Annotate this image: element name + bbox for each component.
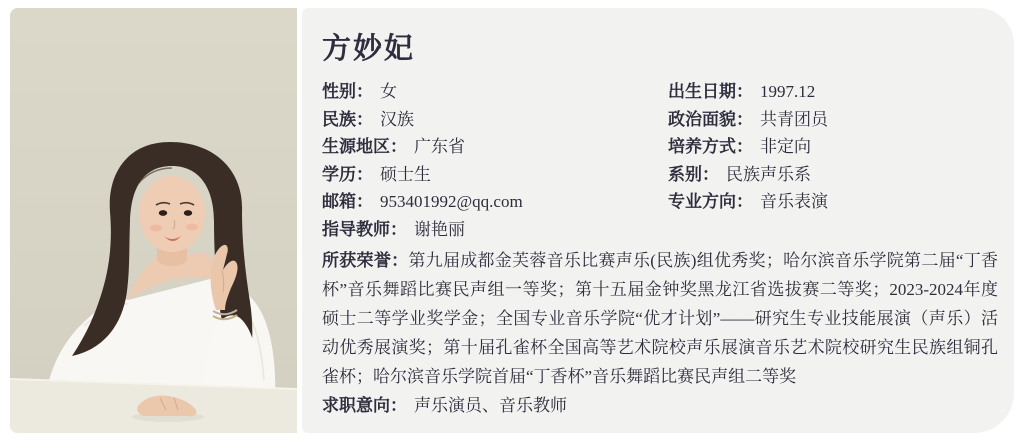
field-email: 邮箱：953401992@qq.com: [322, 188, 668, 216]
field-birthdate: 出生日期：1997.12: [668, 78, 998, 106]
field-department-label: 系别：: [668, 165, 719, 184]
honors-paragraph: 所获荣誉：第九届成都金芙蓉音乐比赛声乐(民族)组优秀奖；哈尔滨音乐学院第二届“丁…: [322, 246, 998, 391]
field-advisor-label: 指导教师：: [322, 220, 407, 239]
field-political-status-value: 共青团员: [760, 110, 828, 129]
field-origin-region-label: 生源地区：: [322, 137, 407, 156]
field-email-value: 953401992@qq.com: [380, 192, 523, 211]
field-education-label: 学历：: [322, 165, 373, 184]
field-political-status-label: 政治面貌：: [668, 110, 753, 129]
field-ethnicity-label: 民族：: [322, 110, 373, 129]
field-email-label: 邮箱：: [322, 192, 373, 211]
field-political-status: 政治面貌：共青团员: [668, 106, 998, 134]
field-education: 学历：硕士生: [322, 161, 668, 189]
field-training-mode-value: 非定向: [760, 137, 811, 156]
field-major-direction-value: 音乐表演: [760, 192, 828, 211]
field-training-mode-label: 培养方式：: [668, 137, 753, 156]
portrait-illustration: [10, 8, 297, 433]
resume-panel: 方妙妃 性别：女 出生日期：1997.12 民族：汉族 政治面貌：共青团员 生源…: [302, 8, 1014, 433]
field-origin-region: 生源地区：广东省: [322, 133, 668, 161]
candidate-name: 方妙妃: [322, 32, 998, 66]
field-training-mode: 培养方式：非定向: [668, 133, 998, 161]
honors-label: 所获荣誉：: [322, 251, 408, 270]
field-birthdate-value: 1997.12: [760, 82, 815, 101]
field-major-direction: 专业方向：音乐表演: [668, 188, 998, 216]
field-ethnicity: 民族：汉族: [322, 106, 668, 134]
field-advisor: 指导教师：谢艳丽: [322, 216, 998, 244]
field-birthdate-label: 出生日期：: [668, 82, 753, 101]
field-department: 系别：民族声乐系: [668, 161, 998, 189]
portrait-photo: [10, 8, 297, 433]
field-gender-label: 性别：: [322, 82, 373, 101]
field-major-direction-label: 专业方向：: [668, 192, 753, 211]
job-intention: 求职意向：声乐演员、音乐教师: [322, 391, 998, 420]
field-gender-value: 女: [380, 82, 397, 101]
honors-text: 第九届成都金芙蓉音乐比赛声乐(民族)组优秀奖；哈尔滨音乐学院第二届“丁香杯”音乐…: [322, 251, 998, 386]
job-intention-label: 求职意向：: [322, 396, 407, 415]
field-ethnicity-value: 汉族: [380, 110, 414, 129]
field-education-value: 硕士生: [380, 165, 431, 184]
basic-info-grid: 性别：女 出生日期：1997.12 民族：汉族 政治面貌：共青团员 生源地区：广…: [322, 78, 998, 216]
field-gender: 性别：女: [322, 78, 668, 106]
field-department-value: 民族声乐系: [726, 165, 811, 184]
job-intention-value: 声乐演员、音乐教师: [414, 396, 567, 415]
field-advisor-value: 谢艳丽: [414, 220, 465, 239]
field-origin-region-value: 广东省: [414, 137, 465, 156]
